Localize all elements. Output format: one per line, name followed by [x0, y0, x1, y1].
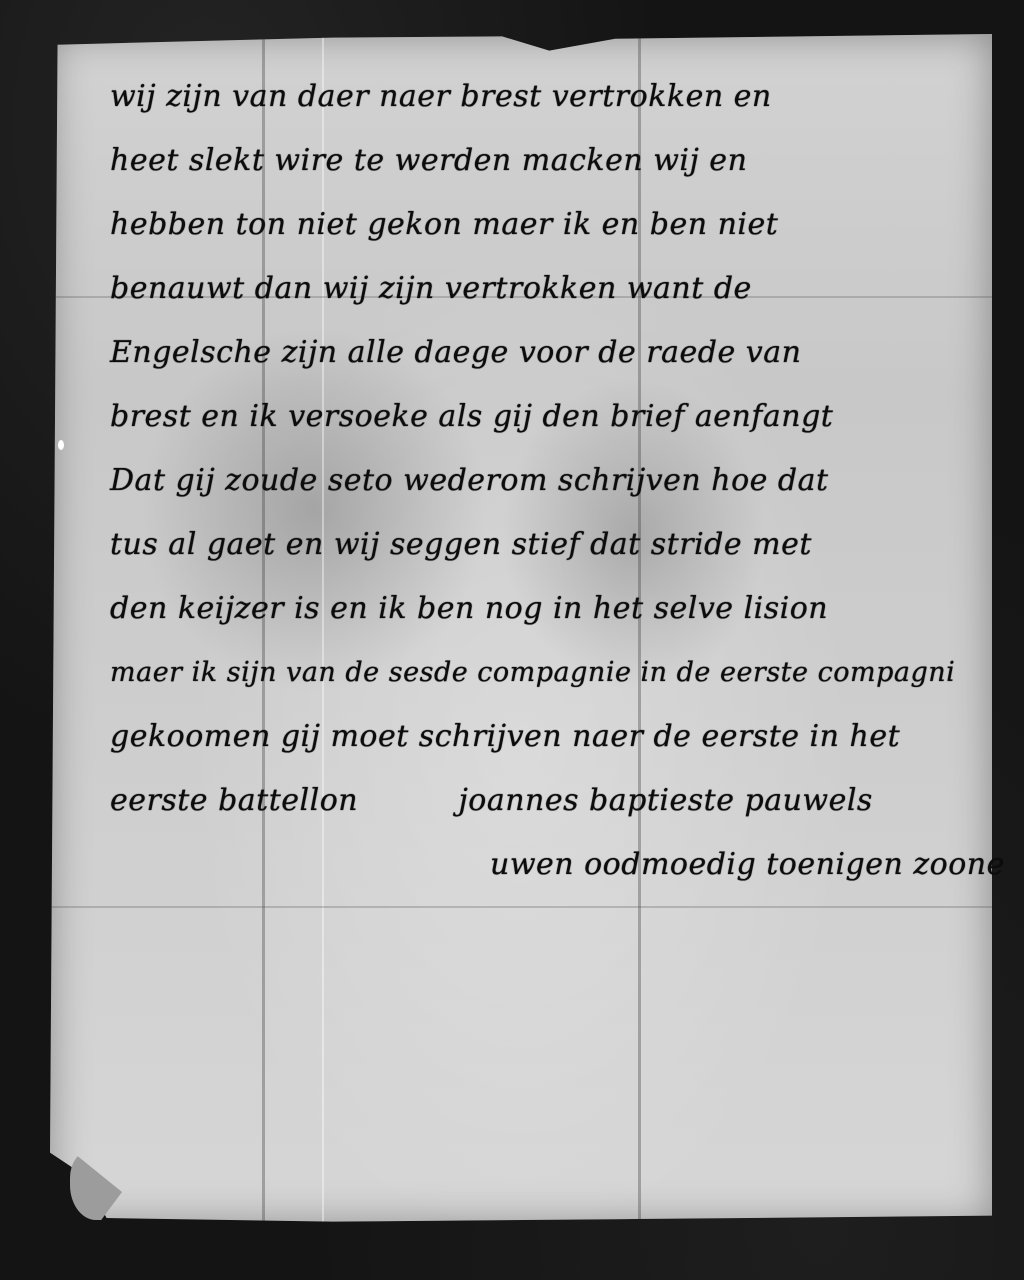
text-line-9: den keijzer is en ik ben nog in het selv… — [110, 594, 990, 658]
closing-line: uwen oodmoedig toenigen zoone — [110, 850, 990, 914]
signature-line: eerste battellon joannes baptieste pauwe… — [110, 786, 990, 850]
text-line-3: hebben ton niet gekon maer ik en ben nie… — [110, 210, 990, 274]
text-line-10: maer ik sijn van de sesde compagnie in d… — [110, 658, 990, 722]
text-line-5: Engelsche zijn alle daege voor de raede … — [110, 338, 990, 402]
text-line-4: benauwt dan wij zijn vertrokken want de — [110, 274, 990, 338]
text-line-7: Dat gij zoude seto wederom schrijven hoe… — [110, 466, 990, 530]
scan-speck — [58, 440, 64, 450]
text-line-11: gekoomen gij moet schrijven naer de eers… — [110, 722, 990, 786]
text-line-6: brest en ik versoeke als gij den brief a… — [110, 402, 990, 466]
text-line-8: tus al gaet en wij seggen stief dat stri… — [110, 530, 990, 594]
handwritten-text: wij zijn van daer naer brest vertrokken … — [110, 82, 990, 914]
text-line-2: heet slekt wire te werden macken wij en — [110, 146, 990, 210]
text-line-1: wij zijn van daer naer brest vertrokken … — [110, 82, 990, 146]
